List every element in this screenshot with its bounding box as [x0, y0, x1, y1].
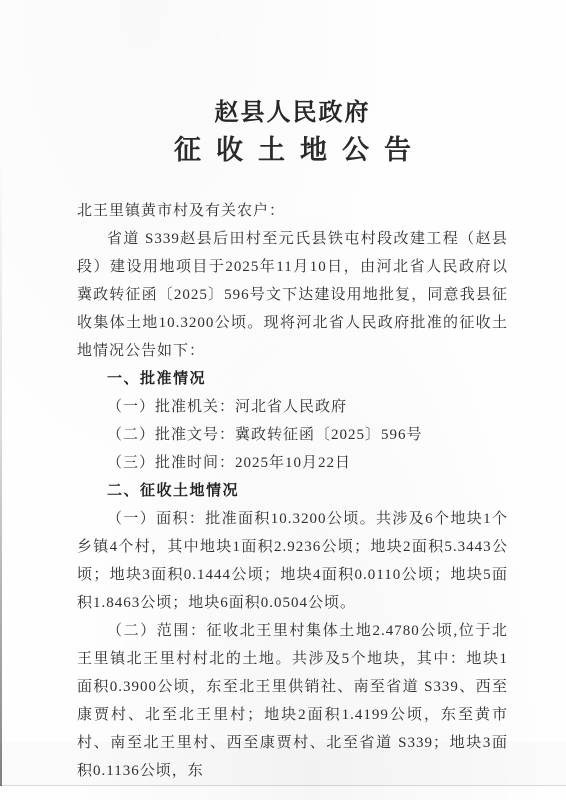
- paragraph-area: （一）面积：批准面积10.3200公顷。共涉及6个地块1个乡镇4个村，其中地块1…: [77, 505, 508, 617]
- paragraph-intro: 省道 S339赵县后田村至元氏县铁屯村段改建工程（赵县段）建设用地项目于2025…: [77, 225, 508, 365]
- scan-bottom-edge: [0, 742, 566, 786]
- issuer-title: 赵县人民政府: [77, 97, 508, 129]
- item-approval-doc-number: （二）批准文号：冀政转征函〔2025〕596号: [77, 421, 508, 449]
- section-heading-approval: 一、批准情况: [77, 365, 508, 393]
- document-page: 赵县人民政府 征收土地公告 北王里镇黄市村及有关农户： 省道 S339赵县后田村…: [0, 0, 566, 800]
- item-approval-date: （三）批准时间：2025年10月22日: [77, 449, 508, 477]
- scan-edge-shadow: [0, 160, 2, 786]
- salutation: 北王里镇黄市村及有关农户：: [77, 197, 508, 225]
- item-approval-agency: （一）批准机关：河北省人民政府: [77, 393, 508, 421]
- section-heading-expropriation: 二、征收土地情况: [77, 477, 508, 505]
- announcement-title: 征收土地公告: [77, 132, 508, 168]
- document-content: 赵县人民政府 征收土地公告 北王里镇黄市村及有关农户： 省道 S339赵县后田村…: [0, 97, 566, 785]
